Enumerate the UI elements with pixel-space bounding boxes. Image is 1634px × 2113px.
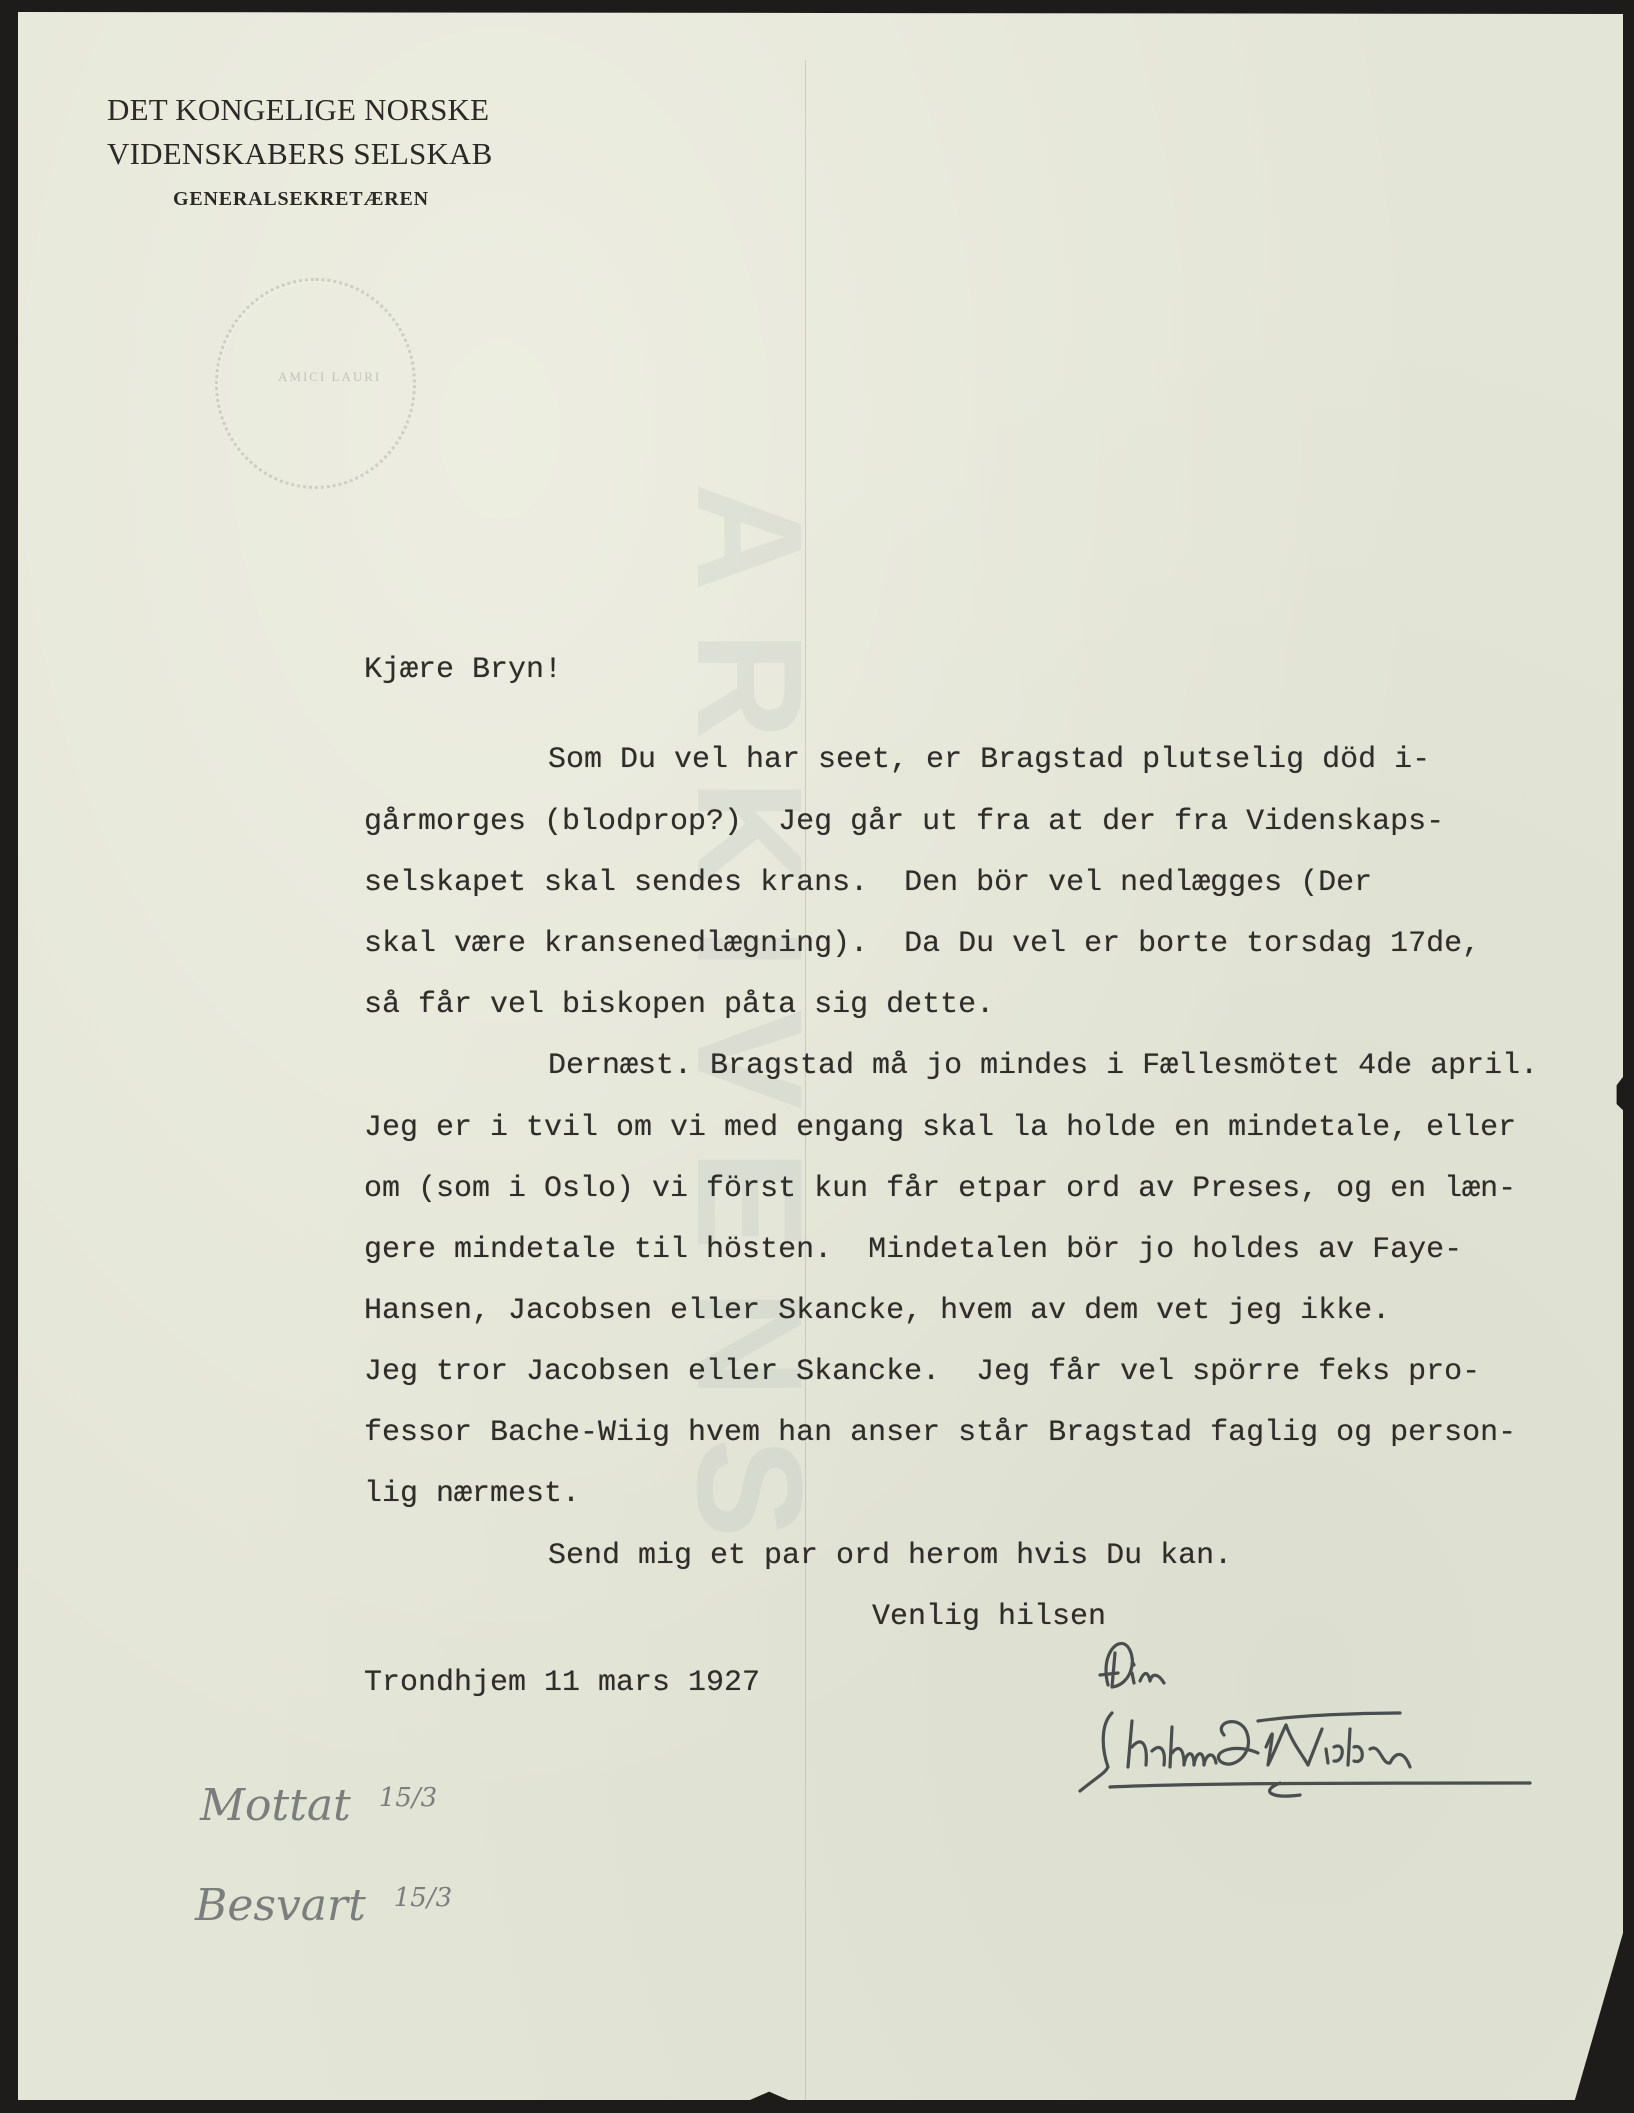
paragraph-2-line-2: Jeg er i tvil om vi med engang skal la h…: [364, 1113, 1516, 1143]
received-date: 15/3: [379, 1783, 437, 1813]
paragraph-2-line-8: lig nærmest.: [364, 1479, 580, 1509]
paragraph-1-line-1: Som Du vel har seet, er Bragstad plutsel…: [548, 745, 1430, 775]
answered-date: 15/3: [394, 1883, 452, 1913]
paragraph-2-line-3: om (som i Oslo) vi först kun får etpar o…: [364, 1174, 1516, 1204]
handwritten-signature-icon: [1060, 1625, 1560, 1805]
seal-text: AMICI LAURI: [278, 369, 381, 385]
letterhead-line-2: VIDENSKABERS SELSKAB: [107, 132, 493, 176]
received-annotation: Mottat15/3: [200, 1780, 437, 1831]
paragraph-2-line-7: fessor Bache-Wiig hvem han anser står Br…: [364, 1418, 1516, 1448]
received-label: Mottat: [200, 1780, 351, 1831]
paragraph-2-line-6: Jeg tror Jacobsen eller Skancke. Jeg får…: [364, 1357, 1480, 1387]
embossed-seal-icon: AMICI LAURI: [215, 278, 416, 489]
paragraph-2-line-1: Dernæst. Bragstad må jo mindes i Fællesm…: [548, 1051, 1538, 1081]
letterhead-department: GENERALSEKRETÆREN: [173, 188, 493, 211]
answered-annotation: Besvart15/3: [195, 1880, 452, 1931]
letterhead: DET KONGELIGE NORSKE VIDENSKABERS SELSKA…: [107, 88, 493, 211]
signature: Din S. Schmidt Nielsen: [1060, 1625, 1560, 1810]
paragraph-1-line-4: skal være kransenedlægning). Da Du vel e…: [364, 929, 1480, 959]
answered-label: Besvart: [195, 1880, 366, 1931]
paragraph-2-line-4: gere mindetale til hösten. Mindetalen bö…: [364, 1235, 1462, 1265]
paragraph-2-line-5: Hansen, Jacobsen eller Skancke, hvem av …: [364, 1296, 1390, 1326]
paragraph-1-line-2: gårmorges (blodprop?) Jeg går ut fra at …: [364, 807, 1444, 837]
salutation: Kjære Bryn!: [364, 655, 562, 685]
letterhead-line-1: DET KONGELIGE NORSKE: [107, 88, 493, 132]
paragraph-1-line-3: selskapet skal sendes krans. Den bör vel…: [364, 868, 1372, 898]
paragraph-1-line-5: så får vel biskopen påta sig dette.: [364, 990, 994, 1020]
paragraph-3: Send mig et par ord herom hvis Du kan.: [548, 1541, 1232, 1571]
place-date: Trondhjem 11 mars 1927: [364, 1668, 760, 1698]
